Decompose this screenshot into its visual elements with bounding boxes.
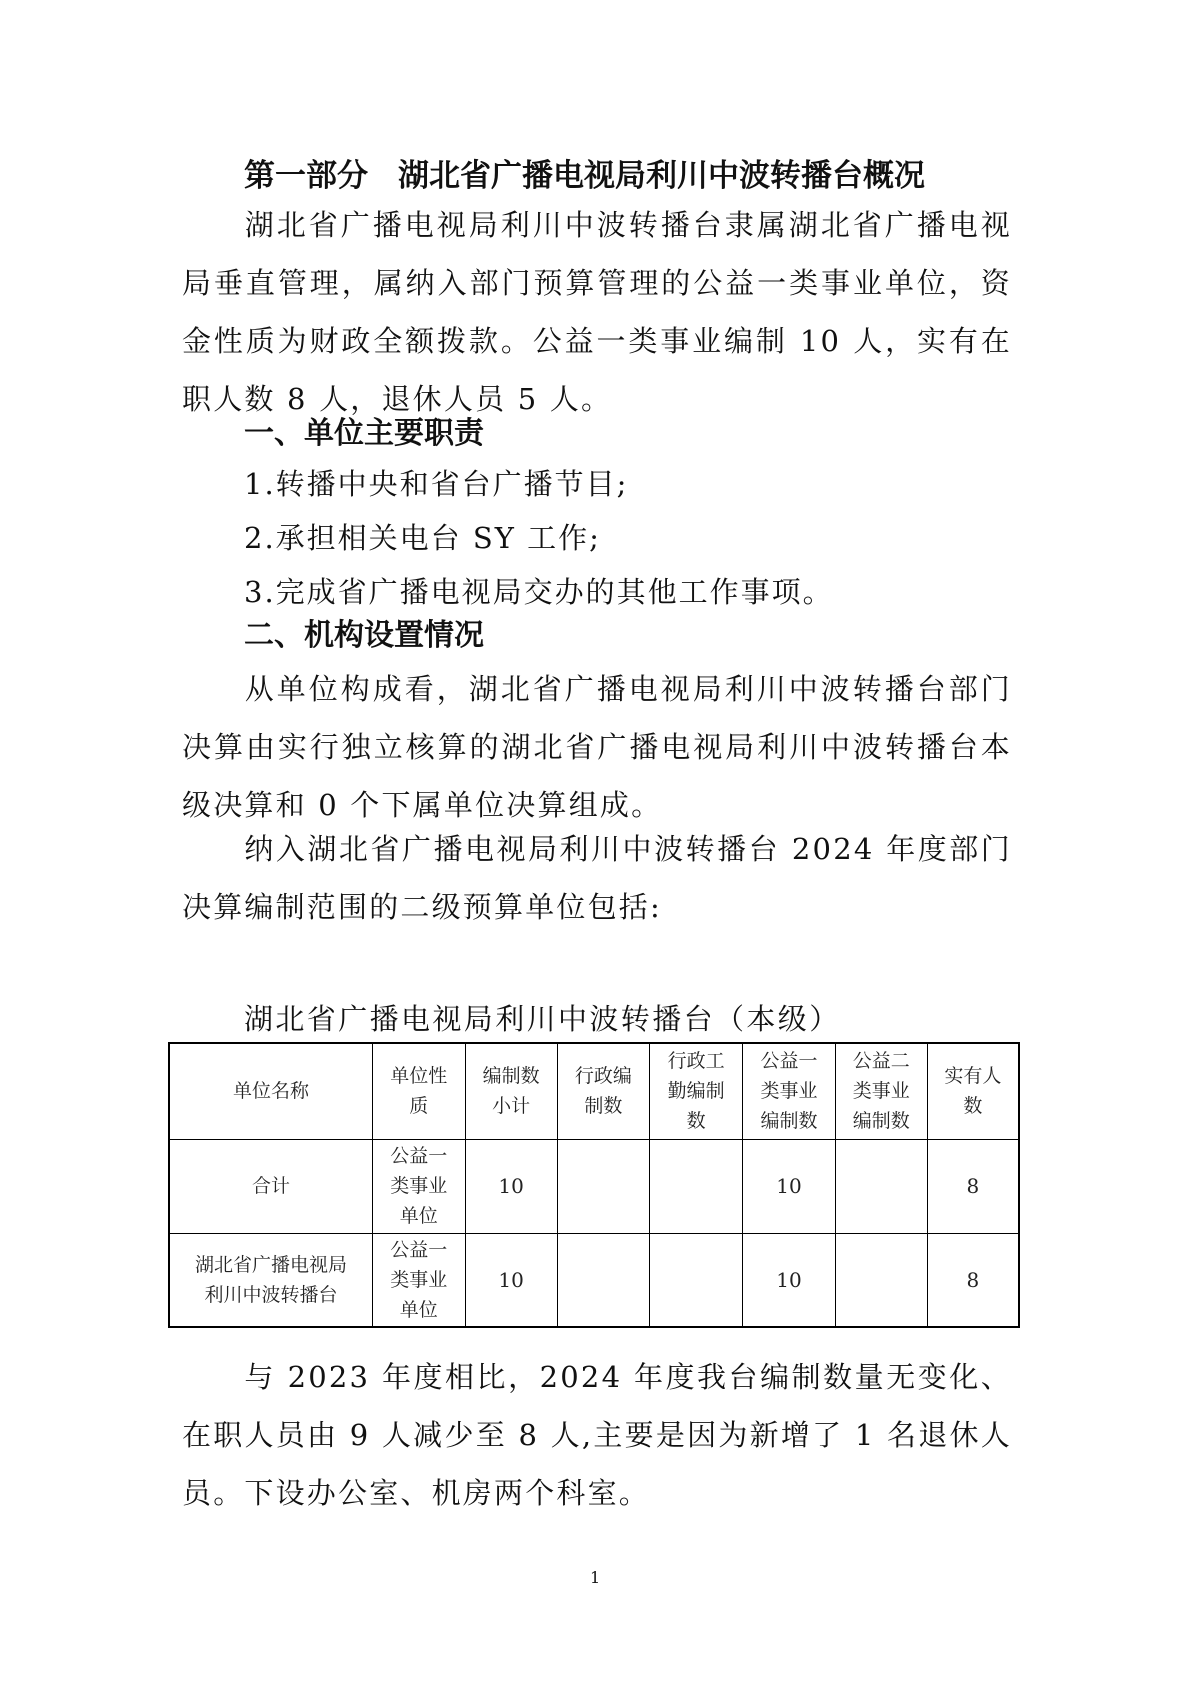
cell-subtotal: 10: [465, 1233, 557, 1327]
header-subtotal: 编制数小计: [465, 1043, 557, 1139]
cell-public-class1: 10: [743, 1233, 836, 1327]
title-main: 湖北省广播电视局利川中波转播台概况: [398, 158, 925, 194]
cell-public-class1: 10: [743, 1139, 836, 1233]
cell-public-class2: [835, 1233, 927, 1327]
scope-paragraph: 纳入湖北省广播电视局利川中波转播台 2024 年度部门决算编制范围的二级预算单位…: [182, 820, 1012, 936]
cell-admin: [557, 1139, 650, 1233]
table-row: 湖北省广播电视局利川中波转播台 公益一类事业单位 10 10 8: [169, 1233, 1019, 1327]
staffing-table: 单位名称 单位性质 编制数小计 行政编制数 行政工勤编制数 公益一类事业编制数 …: [168, 1042, 1020, 1328]
section-heading-duties: 一、单位主要职责: [244, 408, 484, 452]
header-public-class1: 公益一类事业编制数: [743, 1043, 836, 1139]
duty-item-1: 1.转播中央和省台广播节目;: [244, 462, 628, 503]
cell-subtotal: 10: [465, 1139, 557, 1233]
header-unit-name: 单位名称: [169, 1043, 372, 1139]
intro-paragraph: 湖北省广播电视局利川中波转播台隶属湖北省广播电视局垂直管理，属纳入部门预算管理的…: [182, 196, 1012, 428]
document-page: 第一部分湖北省广播电视局利川中波转播台概况 湖北省广播电视局利川中波转播台隶属湖…: [0, 0, 1191, 1684]
duty-item-2: 2.承担相关电台 SY 工作;: [244, 516, 601, 557]
cell-unit-nature: 公益一类事业单位: [372, 1233, 465, 1327]
cell-actual-staff: 8: [927, 1233, 1019, 1327]
header-unit-nature: 单位性质: [372, 1043, 465, 1139]
header-admin-service: 行政工勤编制数: [650, 1043, 743, 1139]
cell-public-class2: [835, 1139, 927, 1233]
page-title: 第一部分湖北省广播电视局利川中波转播台概况: [244, 150, 925, 195]
cell-admin-service: [650, 1233, 743, 1327]
cell-unit-name: 合计: [169, 1139, 372, 1233]
page-number: 1: [590, 1568, 600, 1587]
table-row: 合计 公益一类事业单位 10 10 8: [169, 1139, 1019, 1233]
organization-paragraph: 从单位构成看，湖北省广播电视局利川中波转播台部门决算由实行独立核算的湖北省广播电…: [182, 660, 1012, 834]
title-part: 第一部分: [244, 158, 368, 194]
section-heading-organization: 二、机构设置情况: [244, 610, 484, 654]
cell-admin: [557, 1233, 650, 1327]
cell-admin-service: [650, 1139, 743, 1233]
duty-item-3: 3.完成省广播电视局交办的其他工作事项。: [244, 570, 834, 611]
comparison-paragraph: 与 2023 年度相比，2024 年度我台编制数量无变化、在职人员由 9 人减少…: [182, 1348, 1012, 1522]
header-admin: 行政编制数: [557, 1043, 650, 1139]
table-caption: 湖北省广播电视局利川中波转播台（本级）: [244, 997, 841, 1038]
cell-unit-name: 湖北省广播电视局利川中波转播台: [169, 1233, 372, 1327]
table-header-row: 单位名称 单位性质 编制数小计 行政编制数 行政工勤编制数 公益一类事业编制数 …: [169, 1043, 1019, 1139]
header-public-class2: 公益二类事业编制数: [835, 1043, 927, 1139]
header-actual-staff: 实有人数: [927, 1043, 1019, 1139]
cell-actual-staff: 8: [927, 1139, 1019, 1233]
cell-unit-nature: 公益一类事业单位: [372, 1139, 465, 1233]
